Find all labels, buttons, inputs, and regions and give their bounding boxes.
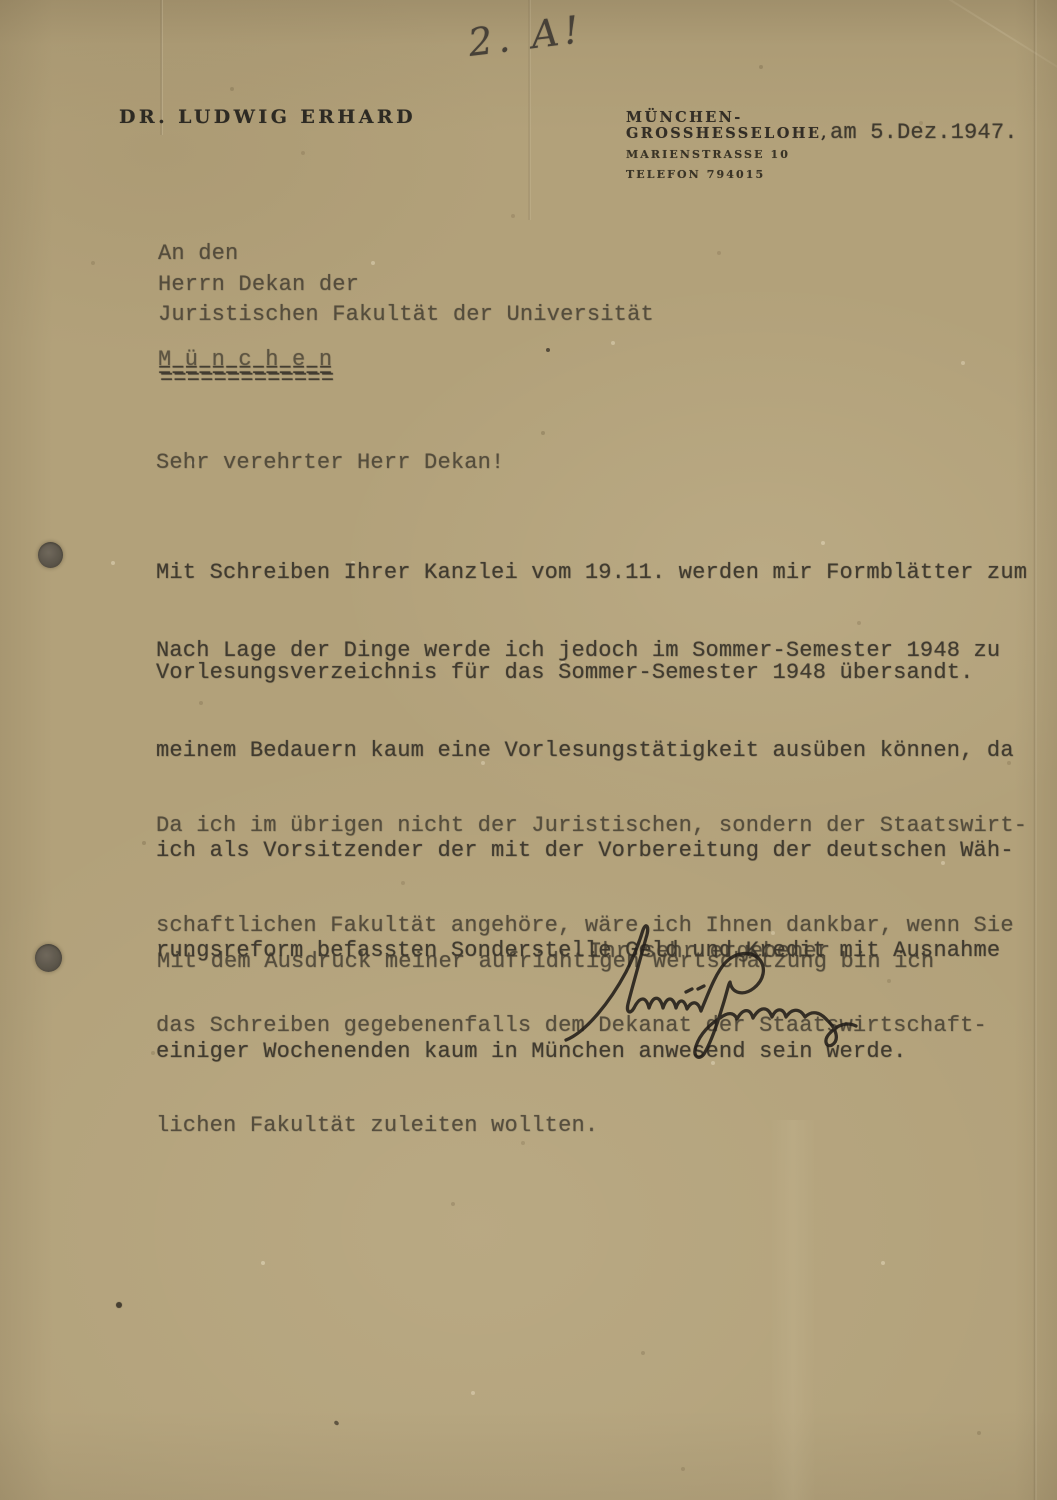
sender-name: DR. LUDWIG ERHARD	[119, 106, 416, 128]
recipient-line: Juristischen Fakultät der Universität	[158, 298, 654, 331]
recipient-block: An den Herrn Dekan der Juristischen Faku…	[158, 237, 718, 397]
signature-handwriting	[540, 916, 870, 1071]
punch-hole	[38, 542, 63, 568]
letterhead-place-line1: MÜNCHEN-	[626, 110, 829, 126]
paragraph-line: Nach Lage der Dinge werde ich jedoch im …	[156, 634, 1014, 667]
ink-speck	[333, 1420, 339, 1426]
vertical-crease	[1033, 0, 1037, 1500]
letterhead-telephone: TELEFON 794015	[626, 167, 829, 182]
recipient-line: Herrn Dekan der	[158, 268, 359, 301]
paragraph-line: Da ich im übrigen nicht der Juristischen…	[156, 809, 1027, 842]
letter-date: am 5.Dez.1947.	[830, 116, 1018, 149]
letterhead-street: MARIENSTRASSE 10	[626, 147, 829, 162]
recipient-line: An den	[158, 237, 238, 270]
paragraph-line: lichen Fakultät zuleiten wollten.	[156, 1109, 1027, 1142]
letter-scan-page: 2. A! DR. LUDWIG ERHARD MÜNCHEN- GROSSHE…	[0, 0, 1057, 1500]
letterhead-address-block: MÜNCHEN- GROSSHESSELOHE, MARIENSTRASSE 1…	[626, 110, 829, 182]
pencil-annotation: 2. A!	[466, 7, 587, 65]
diagonal-crease	[898, 0, 1057, 95]
salutation: Sehr verehrter Herr Dekan!	[156, 446, 504, 479]
recipient-underline: =============	[160, 362, 334, 395]
paper-speckles	[0, 0, 2, 2]
ink-speck	[116, 1302, 122, 1308]
punch-hole	[35, 944, 62, 972]
letterhead-place-line2: GROSSHESSELOHE,	[626, 126, 829, 142]
